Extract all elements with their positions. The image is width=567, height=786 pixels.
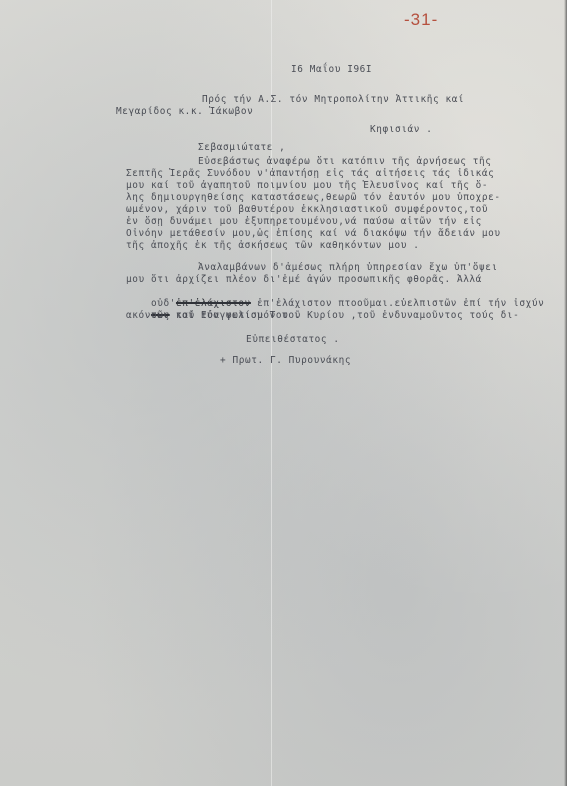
recipient-line-2: Μεγαρίδος κ.κ. Ἰάκωβον <box>116 106 253 118</box>
body2-line: Ἀναλαμβάνων δ'ἀμέσως πλήρη ὑπηρεσίαν ἔχω… <box>198 262 498 274</box>
signature: + Πρωτ. Γ. Πυρουνάκης <box>220 355 351 367</box>
body-line: ωμένον, χάριν τοῦ βαθυτέρου ἐκκλησιαστικ… <box>126 204 488 216</box>
body-line: Εὐσεβάστως ἀναφέρω ὅτι κατόπιν τῆς ἀρνήσ… <box>198 156 491 168</box>
page-number: -31- <box>404 10 438 30</box>
body-line: μου καί τοῦ ἀγαπητοῦ ποιμνίου μου τῆς Ἐλ… <box>126 180 488 192</box>
closing: Εὐπειθέστατος . <box>246 334 340 346</box>
body-line: Σεπτῆς Ἱερᾶς Συνόδου ν'ἀπαντήσῃ εἰς τάς … <box>126 168 494 180</box>
letter-date: Ι6 Μαΐου Ι96Ι <box>291 64 372 76</box>
recipient-place: Κηφισιάν . <box>370 124 432 136</box>
body-line: Οἰνόην μετάθεσίν μου,ὡς ἐπίσης καί νά δι… <box>126 228 501 240</box>
document-page: -31- Ι6 Μαΐου Ι96Ι Πρός τήν Α.Σ. τόν Μητ… <box>0 0 567 786</box>
paper-fold <box>271 0 272 786</box>
recipient-line-1: Πρός τήν Α.Σ. τόν Μητροπολίτην Ἀττικῆς κ… <box>202 94 464 106</box>
body-line: λης δημιουργηθείσης καταστάσεως,θεωρῶ τό… <box>126 192 501 204</box>
salutation: Σεβασμιώτατε , <box>198 142 285 154</box>
body-line: ἐν ὅσῃ δυνάμει μου ἐξυπηρετουμένου,νά πα… <box>126 216 482 228</box>
body-line: τῆς ἀποχῆς ἐκ τῆς ἀσκήσεως τῶν καθηκόντω… <box>126 240 419 252</box>
body2-line: μου ὅτι ἀρχίζει πλέον δι'ἐμέ ἀγών προσωπ… <box>126 274 482 286</box>
body2-line: ακόνους τοῦ Εὐαγγελίου Του . <box>126 310 301 322</box>
